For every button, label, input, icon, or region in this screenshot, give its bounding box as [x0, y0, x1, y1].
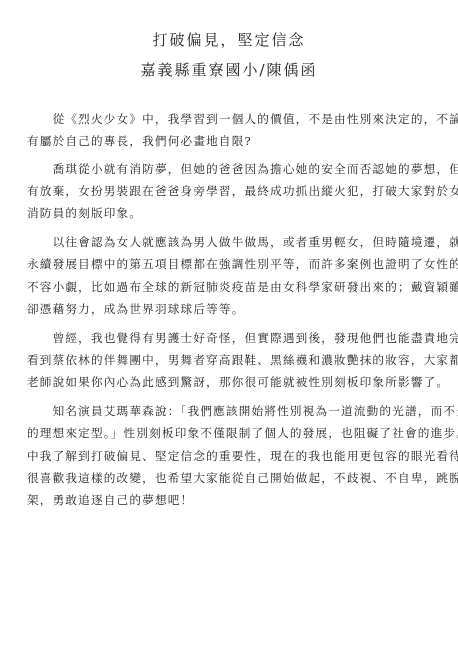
paragraph-3-line-2: 永續發展目標中的第五項目標都在強調性別平等，而許多案例也證明了女性的實力真的	[27, 257, 435, 271]
paragraph-4-line-3: 老師說如果你內心為此感到驚訝，那你很可能就被性別刻板印象所影響了。	[27, 375, 435, 389]
document-page: 打破偏見，堅定信念 嘉義縣重寮國小/陳偊函 從《烈火少女》中，我學習到一個人的價…	[0, 0, 458, 648]
paragraph-3-line-1: 以往會認為女人就應該為男人做牛做馬，或者重男輕女，但時隨境遷，就連聯合國	[27, 235, 435, 249]
paragraph-1-line-1: 從《烈火少女》中，我學習到一個人的價值，不是由性別來決定的，不論男女，都	[27, 112, 435, 126]
paragraph-4-line-1: 曾經，我也覺得有男護士好奇怪，但實際遇到後，發現他們也能盡責地完成任務；	[27, 331, 435, 345]
paragraph-3-line-3: 不容小覷，比如過布全球的新冠肺炎疫苗是由女科學家研發出來的；戴資穎雖為女性，	[27, 280, 435, 294]
paragraph-4-line-2: 看到蔡依林的伴舞團中，男舞者穿高跟鞋、黑絲襪和濃妝艷抹的妝容，大家都很震驚。	[27, 353, 435, 367]
paragraph-5-line-2: 的理想來定型。」性別刻板印象不僅限制了個人的發展，也阻礙了社會的進步。在影片	[27, 426, 435, 440]
paragraph-5-line-1: 知名演員艾瑪華森說：「我們應該開始將性別視為一道流動的光譜，而不是兩個對立	[27, 404, 435, 418]
paragraph-2-line-1: 喬琪從小就有消防夢，但她的爸爸因為擔心她的安全而否認她的夢想，但她始終沒	[27, 162, 435, 176]
paragraph-5-line-3: 中我了解到打破偏見、堅定信念的重要性，現在的我也能用更包容的眼光看待事情，我	[27, 449, 435, 463]
paragraph-1-line-2: 有屬於自己的專長，我們何必畫地自限?	[27, 134, 435, 148]
paragraph-3-line-4: 卻憑藉努力，成為世界羽球球后等等。	[27, 302, 435, 316]
paragraph-5-line-4: 很喜歡我這樣的改變，也希望大家能從自己開始做起，不歧視、不自卑，跳脫舊有的框	[27, 471, 435, 485]
paragraph-5-line-5: 架，勇敢追逐自己的夢想吧！	[27, 493, 435, 507]
paragraph-2-line-2: 有放棄，女扮男裝跟在爸爸身旁學習，最終成功抓出縱火犯，打破大家對於女生不能當	[27, 184, 435, 198]
paragraph-2-line-3: 消防員的刻版印象。	[27, 206, 435, 220]
document-title: 打破偏見，堅定信念	[0, 29, 458, 50]
document-author: 嘉義縣重寮國小/陳偊函	[0, 59, 458, 80]
